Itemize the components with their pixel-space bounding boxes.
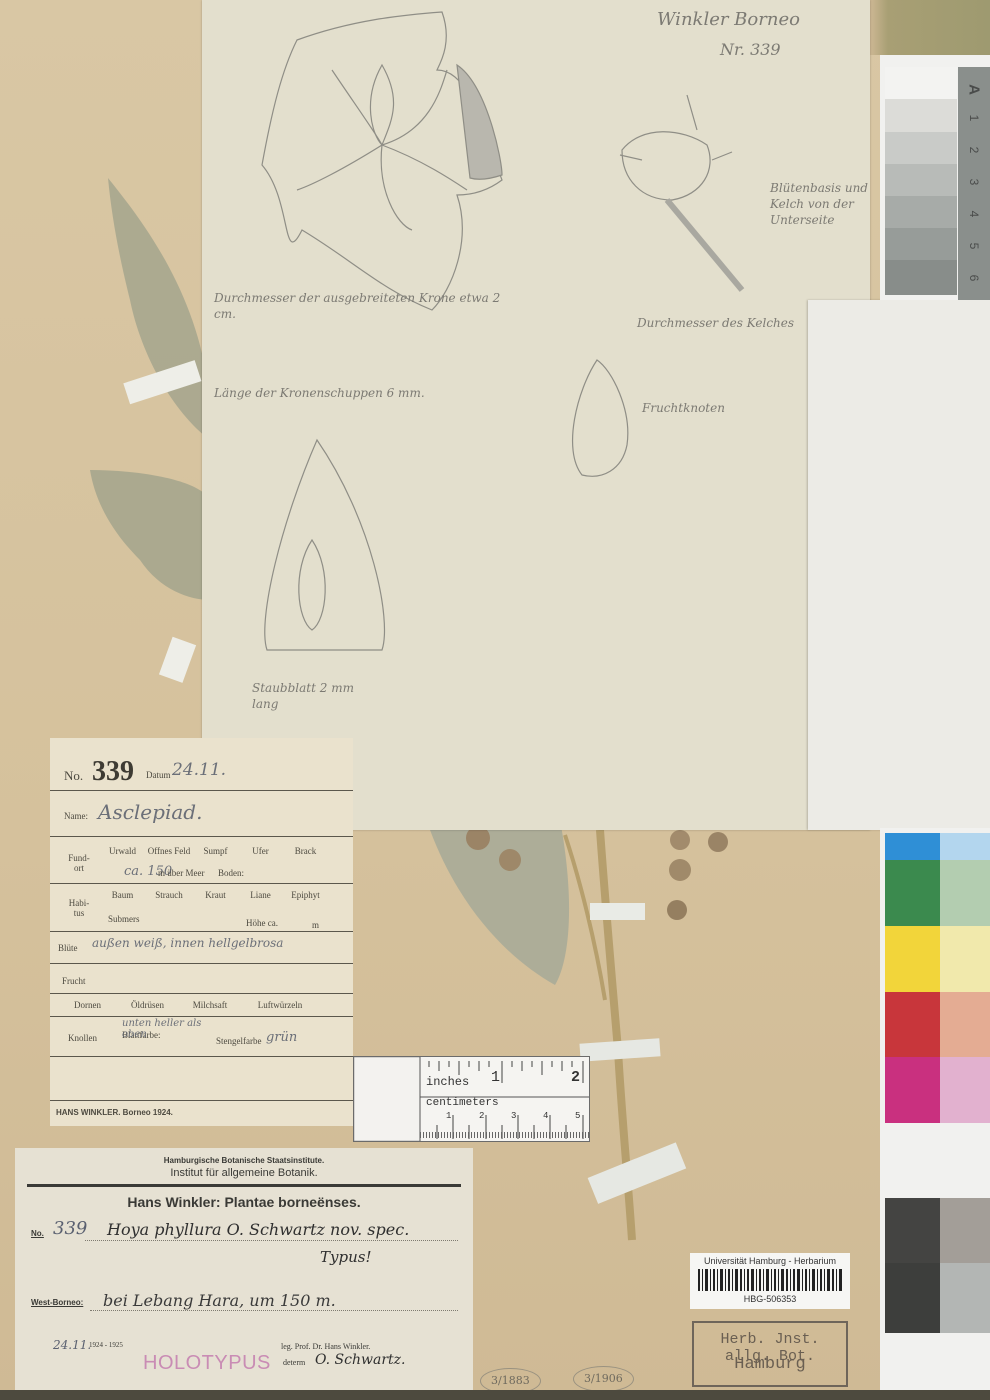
cm-mark-5: 5 [575,1111,580,1121]
note-calyx-underside: Blütenbasis und Kelch von der Unterseite [770,180,870,228]
scale-ruler: inches 1 2 centimeters 1 2 3 4 5 [353,1056,590,1142]
gray-label-4: 4 [967,206,981,222]
institute-number-label: No. [31,1229,44,1238]
divider [27,1184,461,1187]
gray-label-3: 3 [967,174,981,190]
collection-date-hand: 24.11. [53,1338,91,1352]
stamp-line-2: Hamburg [694,1355,846,1374]
habitus-kraut: Kraut [193,890,238,900]
stengelfarbe-label: Stengelfarbe [216,1036,261,1046]
submers-label: Submers [108,914,140,924]
milchsaft: Milchsaft [180,1000,240,1010]
institute-label: Hamburgische Botanische Staatsinstitute.… [15,1148,473,1393]
knollen-label: Knollen [68,1033,97,1043]
color-calibration-chart [880,828,990,1390]
patch-dark-gray [885,1198,940,1263]
bluete-value: außen weiß, innen hellgelbrosa [92,936,283,950]
note-stamen: Staubblatt 2 mm lang [252,680,362,712]
habitus-baum: Baum [100,890,145,900]
barcode-code: HBG-506353 [690,1294,850,1304]
name-value: Asclepiad. [98,800,202,824]
holotypus-stamp: HOLOTYPUS [143,1352,271,1375]
barcode-label: Universität Hamburg - Herbarium HBG-5063… [690,1253,850,1309]
taxon-name: Hoya phyllura O. Schwartz nov. spec. [107,1220,409,1239]
centimeters-label: centimeters [426,1097,499,1109]
inch-mark-1: 1 [491,1069,500,1086]
cm-mark-3: 3 [511,1111,516,1121]
habitat-offnes-feld: Offnes Feld [145,846,193,856]
patch-blue [885,833,940,860]
habitus-liane: Liane [238,890,283,900]
gray-label-2: 2 [967,142,981,158]
determ-value: O. Schwartz. [315,1352,405,1368]
dornen: Dornen [60,1000,115,1010]
determ-label: determ [283,1358,305,1367]
habitus-strauch: Strauch [145,890,193,900]
hoehe-label: Höhe ca. [246,918,278,928]
patch-light-blue [940,833,990,860]
gray-scale-labels: A 1 2 3 4 5 6 [958,67,990,300]
fundort-label: Fund-ort [64,853,94,873]
boden-label: Boden: [218,868,244,878]
habitus-label: Habi-tus [64,898,94,918]
bottom-edge [0,1390,990,1400]
oeldruesen: Öldrüsen [115,1000,180,1010]
number-value: 339 [92,756,134,788]
gray-patch-4 [885,196,957,228]
bluete-label: Blüte [58,943,78,953]
blank-card [808,300,990,830]
patch-red [885,992,940,1057]
gray-scale-chart: A 1 2 3 4 5 6 [880,55,990,300]
name-label: Name: [64,811,88,821]
habitat-sumpf: Sumpf [193,846,238,856]
gray-label-1: 1 [967,110,981,126]
elevation-label: m über Meer [158,868,204,878]
collection-title: Hans Winkler: Plantae borneënses. [15,1194,473,1210]
institute-line-2: Institut für allgemeine Botanik. [15,1167,473,1179]
locality-value: bei Lebang Hara, um 150 m. [103,1291,336,1310]
patch-light-green [940,860,990,926]
cm-mark-4: 4 [543,1111,548,1121]
herbarium-stamp: Herb. Jnst. allg. Bot. Hamburg [692,1321,848,1387]
misc-options: Dornen Öldrüsen Milchsaft Luftwürzeln [60,1000,320,1010]
institute-line-1: Hamburgische Botanische Staatsinstitute. [15,1156,473,1165]
gray-patch-2 [885,132,957,164]
patch-warm-gray [940,1198,990,1263]
barcode-title: Universität Hamburg - Herbarium [690,1256,850,1266]
patch-light-yellow [940,926,990,992]
habitus-options: Baum Strauch Kraut Liane Epiphyt [100,890,328,900]
cm-mark-1: 1 [446,1111,451,1121]
stengelfarbe-value: grün [266,1030,297,1045]
locality-line [90,1310,458,1311]
typus-note: Typus! [320,1248,371,1266]
cm-mark-2: 2 [479,1111,484,1121]
inch-mark-2: 2 [571,1069,580,1086]
inches-label: inches [426,1075,469,1089]
collection-date-printed: 1924 - 1925 [89,1341,123,1349]
patch-yellow [885,926,940,992]
gray-patch-6 [885,260,957,295]
barcode-icon [698,1269,842,1291]
habitat-ufer: Ufer [238,846,283,856]
patch-green [885,860,940,926]
patch-salmon [940,992,990,1057]
gray-patch-a [885,67,957,99]
note-calyx-diameter: Durchmesser des Kelches [637,315,837,331]
patch-white [885,1123,990,1198]
gray-patch-5 [885,228,957,260]
collector-leg: leg. Prof. Dr. Hans Winkler. [281,1342,370,1351]
field-label-footer: HANS WINKLER. Borneo 1924. [56,1108,173,1117]
patch-light-gray [940,1263,990,1333]
habitat-brack: Brack [283,846,328,856]
header-number: Nr. 339 [720,42,781,58]
gray-patch-1 [885,99,957,132]
date-value: 24.11. [172,760,226,780]
gray-label-a: A [966,82,983,98]
blattfarbe-value: unten heller als oben [122,1018,202,1040]
habitat-options: Urwald Offnes Feld Sumpf Ufer Brack [100,846,328,856]
patch-light-magenta [940,1057,990,1123]
habitus-epiphyt: Epiphyt [283,890,328,900]
patch-magenta [885,1057,940,1123]
number-label: No. [64,768,83,784]
date-label: Datum [146,770,171,780]
luftwurzeln: Luftwürzeln [240,1000,320,1010]
note-scale-length: Länge der Kronenschuppen 6 mm. [214,385,524,401]
gray-label-5: 5 [967,238,981,254]
collector-field-label: No. 339 Datum 24.11. Name: Asclepiad. Fu… [50,738,353,1126]
patch-black [885,1263,940,1333]
hoehe-unit: m [312,920,319,930]
gray-label-6: 6 [967,270,981,286]
header-note: Winkler Borneo [657,12,800,28]
taxon-line [85,1240,458,1241]
accession-note-2: 3/1906 [573,1366,634,1392]
illustration-sheet: Winkler Borneo Nr. 339 Durchmesser der a… [202,0,870,830]
note-corolla-diameter: Durchmesser der ausgebreiteten Krone etw… [214,290,524,322]
note-ovary: Fruchtknoten [642,400,725,416]
institute-number: 339 [53,1218,87,1239]
habitat-urwald: Urwald [100,846,145,856]
frucht-label: Frucht [62,976,86,986]
locality-label: West-Borneo: [31,1298,83,1307]
gray-patch-3 [885,164,957,196]
